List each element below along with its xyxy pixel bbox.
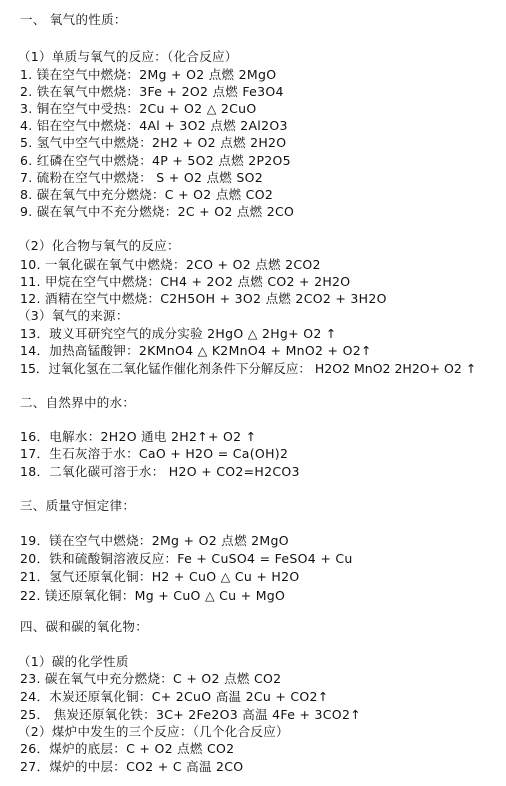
reaction-item: 2. 铁在氧气中燃烧：3Fe + 2O2 点燃 Fe3O4 bbox=[20, 83, 284, 101]
subsection-title-carbon-properties: （1）碳的化学性质 bbox=[18, 653, 129, 671]
reaction-item: 20．铁和硫酸铜溶液反应：Fe + CuSO4 = FeSO4 + Cu bbox=[20, 550, 353, 568]
reaction-item: 15．过氧化氢在二氧化锰作催化剂条件下分解反应： H2O2 MnO2 2H2O+… bbox=[20, 360, 476, 378]
reaction-item: 4. 铝在空气中燃烧：4Al + 3O2 点燃 2Al2O3 bbox=[20, 117, 288, 135]
reaction-item: 16．电解水：2H2O 通电 2H2↑+ O2 ↑ bbox=[20, 428, 256, 446]
reaction-item: 19．镁在空气中燃烧：2Mg + O2 点燃 2MgO bbox=[20, 532, 289, 550]
section-heading-carbon-oxides: 四、碳和碳的氧化物： bbox=[20, 618, 148, 636]
subsection-title-compound-oxygen: （2）化合物与氧气的反应： bbox=[18, 237, 180, 255]
section-heading-oxygen-properties: 一、 氧气的性质： bbox=[20, 11, 127, 29]
reaction-item: 12. 酒精在空气中燃烧：C2H5OH + 3O2 点燃 2CO2 + 3H2O bbox=[20, 290, 387, 308]
section-heading-mass-conservation: 三、质量守恒定律： bbox=[20, 497, 135, 515]
subsection-title-element-oxygen: （1）单质与氧气的反应：（化合反应） bbox=[18, 48, 238, 66]
reaction-item: 21．氢气还原氧化铜：H2 + CuO △ Cu + H2O bbox=[20, 568, 300, 586]
reaction-item: 22. 镁还原氧化铜：Mg + CuO △ Cu + MgO bbox=[20, 587, 285, 605]
reaction-item: 9. 碳在氧气中不充分燃烧：2C + O2 点燃 2CO bbox=[20, 203, 294, 221]
reaction-item: 13．玻义耳研究空气的成分实验 2HgO △ 2Hg+ O2 ↑ bbox=[20, 325, 337, 343]
reaction-item: 1. 镁在空气中燃烧：2Mg + O2 点燃 2MgO bbox=[20, 66, 276, 84]
reaction-item: 26．煤炉的底层：C + O2 点燃 CO2 bbox=[20, 740, 234, 758]
reaction-item: 14．加热高锰酸钾：2KMnO4 △ K2MnO4 + MnO2 + O2↑ bbox=[20, 342, 372, 360]
reaction-item: 8. 碳在氧气中充分燃烧：C + O2 点燃 CO2 bbox=[20, 186, 273, 204]
reaction-item: 7. 硫粉在空气中燃烧： S + O2 点燃 SO2 bbox=[20, 169, 263, 187]
section-heading-natural-water: 二、自然界中的水： bbox=[20, 394, 135, 412]
reaction-item: 23. 碳在氧气中充分燃烧：C + O2 点燃 CO2 bbox=[20, 670, 281, 688]
reaction-item: 27．煤炉的中层：CO2 + C 高温 2CO bbox=[20, 758, 243, 776]
reaction-item: 11. 甲烷在空气中燃烧：CH4 + 2O2 点燃 CO2 + 2H2O bbox=[20, 273, 350, 291]
reaction-item: 10. 一氧化碳在氧气中燃烧：2CO + O2 点燃 2CO2 bbox=[20, 256, 321, 274]
document-page: 一、 氧气的性质： （1）单质与氧气的反应：（化合反应） 1. 镁在空气中燃烧：… bbox=[0, 0, 506, 786]
reaction-item: 3. 铜在空气中受热：2Cu + O2 △ 2CuO bbox=[20, 100, 257, 118]
subsection-title-coal-stove: （2）煤炉中发生的三个反应：（几个化合反应） bbox=[18, 723, 289, 741]
reaction-item: 24．木炭还原氧化铜：C+ 2CuO 高温 2Cu + CO2↑ bbox=[20, 688, 329, 706]
subsection-title-oxygen-sources: （3）氧气的来源： bbox=[18, 307, 129, 325]
reaction-item: 18．二氧化碳可溶于水： H2O + CO2=H2CO3 bbox=[20, 463, 300, 481]
reaction-item: 6. 红磷在空气中燃烧：4P + 5O2 点燃 2P2O5 bbox=[20, 152, 291, 170]
reaction-item: 17．生石灰溶于水：CaO + H2O = Ca(OH)2 bbox=[20, 445, 288, 463]
reaction-item: 5. 氢气中空气中燃烧：2H2 + O2 点燃 2H2O bbox=[20, 134, 286, 152]
reaction-item: 25． 焦炭还原氧化铁：3C+ 2Fe2O3 高温 4Fe + 3CO2↑ bbox=[20, 706, 361, 724]
